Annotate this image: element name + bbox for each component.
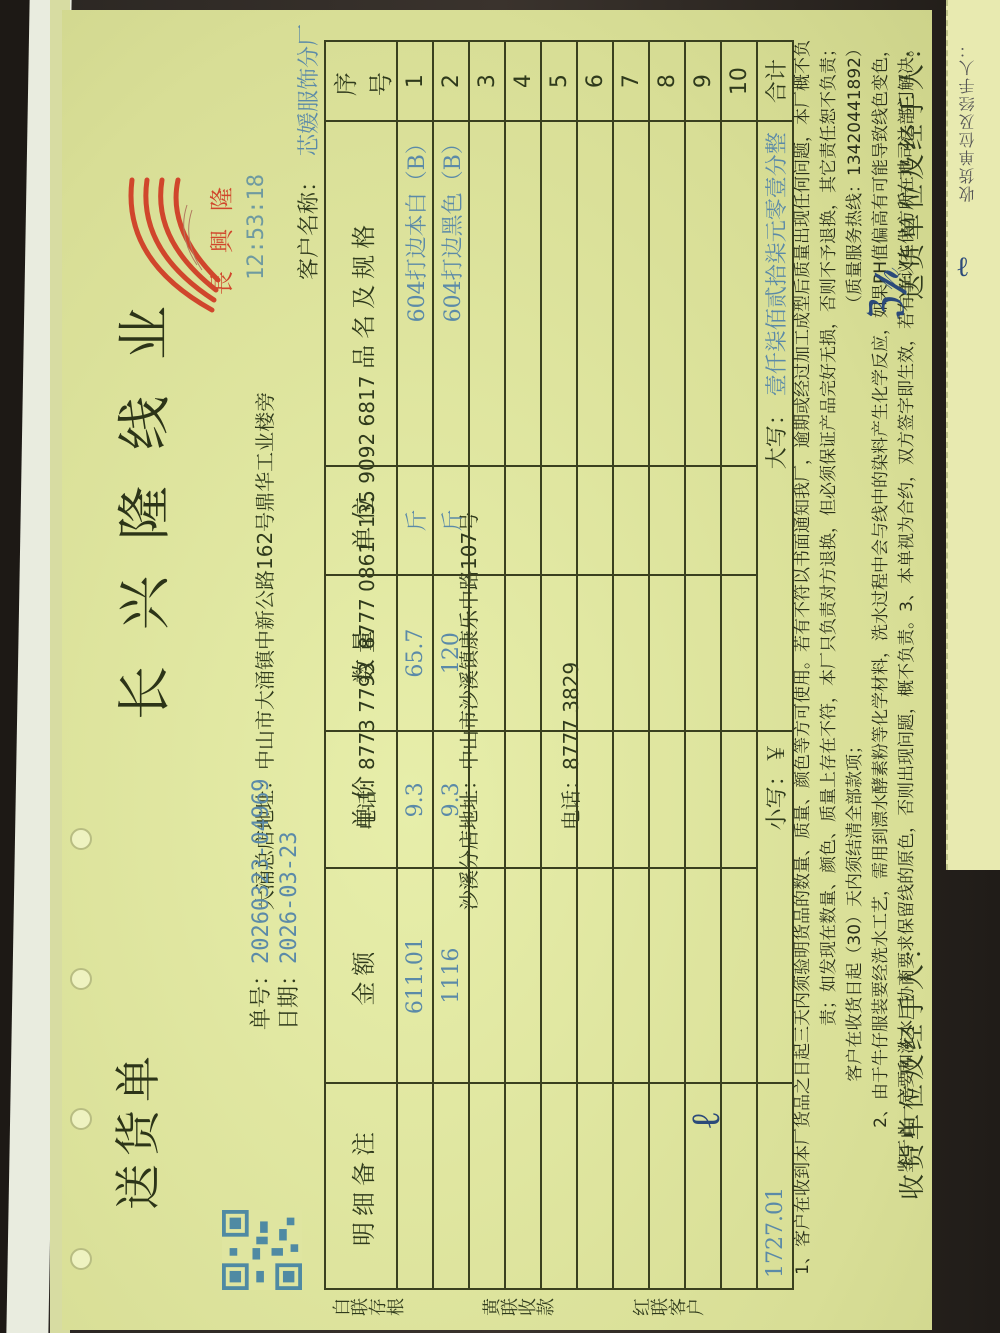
table-row: 6 <box>577 41 613 1289</box>
header-name: 品名及规格 <box>325 121 397 466</box>
amount-signature: ℓ <box>682 1111 729 1130</box>
table-row: 3 <box>469 41 505 1289</box>
copy-label-yellow: 黄联收款 <box>482 1292 559 1322</box>
table-row: 5 <box>541 41 577 1289</box>
cell-no: 4 <box>505 41 541 121</box>
qr-code-icon <box>222 1210 302 1290</box>
logo-brand-text: 長興隆 <box>202 169 237 295</box>
stub-signature: ℓ <box>956 250 969 284</box>
cell-unit: 斤 <box>433 466 469 574</box>
cell-qty: 65.7 <box>397 575 433 732</box>
doc-no-label: 单号： <box>249 964 274 1030</box>
table-row: 8 <box>649 41 685 1289</box>
document-number: 单号：20260323-04969 <box>244 779 275 1030</box>
receiver-signature-label: 收货单位及经手人： <box>892 930 929 1200</box>
adjacent-slip-stub: 收货单位及经手人： ℓ <box>946 0 1000 870</box>
cell-unit: 斤 <box>397 466 433 574</box>
sender-signature-label: 送货单位及经手人： <box>892 30 929 300</box>
cell-no: 6 <box>577 41 613 121</box>
total-lower-value: 1727.01 <box>757 1083 793 1289</box>
sender-signature: ℨ𝓅 <box>862 267 908 320</box>
document-date: 日期：2026-03-23 <box>272 832 303 1030</box>
terms-line: 客户在收货日起（30）天内须结清全部款项； （质量服务热线：1342044189… <box>842 40 868 1290</box>
cell-no: 1 <box>397 41 433 121</box>
table-row: 1 604打边本白（B） 斤 65.7 9.3 611.01 <box>397 41 433 1289</box>
total-upper-label: 大写： <box>765 403 790 469</box>
total-row: 合计 大写： 壹仟柒佰贰拾柒元零壹分整 小写：￥ 1727.01 <box>757 41 793 1289</box>
table-header-row: 序号 品名及规格 单位 数量 单价 金额 明细备注 <box>325 41 397 1289</box>
cell-no: 7 <box>613 41 649 121</box>
cell-name: 604打边本白（B） <box>397 121 433 466</box>
cell-no: 5 <box>541 41 577 121</box>
customer-label: 客户名称： <box>297 170 322 280</box>
table-row: 2 604打边黑色（B） 斤 120 9.3 1116 <box>433 41 469 1289</box>
company-name: 长兴隆线业 <box>102 270 179 720</box>
table-row: 10 <box>721 41 757 1289</box>
customer-value: 芯媛服饰分厂 <box>297 24 322 156</box>
cell-no: 8 <box>649 41 685 121</box>
cell-amount: 1116 <box>433 868 469 1083</box>
cell-price: 9.3 <box>397 731 433 868</box>
copy-label-red: 红联客户 <box>632 1292 709 1322</box>
items-table: 序号 品名及规格 单位 数量 单价 金额 明细备注 1 604打边本白（B） 斤… <box>324 40 794 1290</box>
cell-name: 604打边黑色（B） <box>433 121 469 466</box>
stub-receiver-label: 收货单位及经手人： <box>956 40 979 202</box>
doc-no-value: 20260323-04969 <box>249 779 274 964</box>
delivery-slip: 長興隆 12:53:18 长兴隆线业 送货单 大涌总店地址：中山市大涌镇中新公路… <box>62 10 932 1330</box>
header-amount: 金额 <box>325 868 397 1083</box>
cell-no: 3 <box>469 41 505 121</box>
document-type-title: 送货单 <box>102 1048 168 1210</box>
cell-note <box>397 1083 433 1289</box>
header-qty: 数量 <box>325 575 397 732</box>
cell-no: 2 <box>433 41 469 121</box>
header-note: 明细备注 <box>325 1083 397 1289</box>
total-label: 合计 <box>757 41 793 121</box>
date-value: 2026-03-23 <box>277 832 302 964</box>
cell-qty: 120 <box>433 575 469 732</box>
print-time: 12:53:18 <box>244 174 269 280</box>
terms-line: 1、客户在收到本厂货品之日起三天内须验明货品的数量、质量、颜色等方可使用。若有不… <box>790 40 842 1290</box>
header-unit: 单位 <box>325 466 397 574</box>
cell-note <box>433 1083 469 1289</box>
cell-price: 9.3 <box>433 731 469 868</box>
header-no: 序号 <box>325 41 397 121</box>
customer-field: 客户名称：芯媛服饰分厂 <box>292 24 323 280</box>
total-lower-label: 小写：￥ <box>765 742 790 830</box>
cell-amount: 611.01 <box>397 868 433 1083</box>
terms-line: 2、由于牛仔服装要经洗水工艺，需用到漂水酵素粉等化学材料，洗水过程中会与线中的染… <box>868 40 894 1290</box>
table-row: 7 <box>613 41 649 1289</box>
table-row: 4 <box>505 41 541 1289</box>
date-label: 日期： <box>277 964 302 1030</box>
total-upper-value: 壹仟柒佰贰拾柒元零壹分整 <box>765 132 790 396</box>
cell-no: 10 <box>721 41 757 121</box>
cell-no: 9 <box>685 41 721 121</box>
table-row: 9 <box>685 41 721 1289</box>
header-price: 单价 <box>325 731 397 868</box>
copy-label-white: 白联存根 <box>332 1292 409 1322</box>
